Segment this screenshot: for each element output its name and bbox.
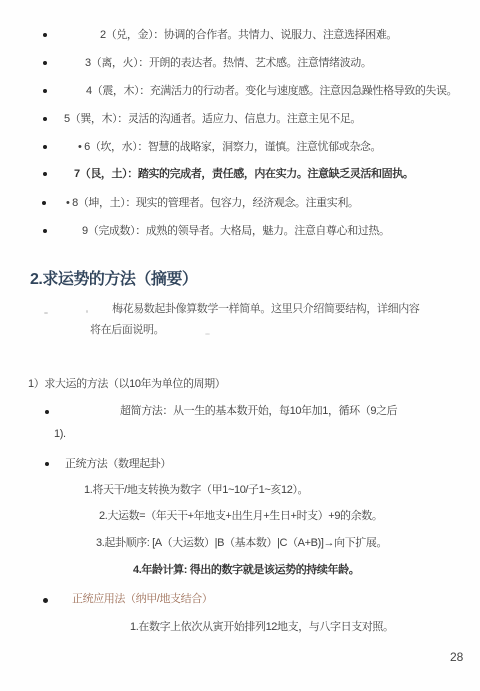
intro-paragraph-line: 将在后面说明。 xyxy=(0,323,480,337)
list-item: 3（离，火）：开朗的表达者。热情、艺术感。注意情绪波动。 xyxy=(0,56,480,70)
orthodox-step: 3.起卦顺序: [A（大运数）|B（基本数）|C（A+B)]→向下扩展。 xyxy=(0,536,480,550)
orthodox-step: 2.大运数=（年天干+年地支+出生月+生日+时支）+9的余数。 xyxy=(0,509,480,523)
subsection-title: 1）求大运的方法（以10年为单位的周期） xyxy=(0,377,480,391)
list-item: 4（震，木）：充满活力的行动者。变化与速度感。注意因急躁性格导致的失误。 xyxy=(0,84,480,98)
applied-method-title: 正统应用法（纳甲/地支结合） xyxy=(0,592,480,606)
orthodox-step: 4.年龄计算: 得出的数字就是该运势的持续年龄。 xyxy=(0,563,480,577)
simple-method-line: 超简方法：从一生的基本数开始，每10年加1，循环（9之后 xyxy=(0,404,480,418)
list-item: 5（巽，木）：灵活的沟通者。适应力、信息力。注意主见不足。 xyxy=(0,112,480,126)
simple-method-line: 1). xyxy=(0,427,480,441)
list-item: 7（艮，土）：踏实的完成者，责任感，内在实力。注意缺乏灵活和固执。 xyxy=(0,167,480,181)
list-item: • 6（坎，水）：智慧的战略家，洞察力，谨慎。注意忧郁或杂念。 xyxy=(0,140,480,154)
document-page: 2（兑，金）：协调的合作者。共情力、说服力、注意选择困难。 3（离，火）：开朗的… xyxy=(0,0,480,691)
orthodox-method-title: 正统方法（数理起卦） xyxy=(0,457,480,471)
list-item: 9（完成数）：成熟的领导者。大格局，魅力。注意自尊心和过热。 xyxy=(0,224,480,238)
intro-paragraph-line: 梅花易数起卦像算数学一样简单。这里只介绍简要结构，详细内容 xyxy=(0,302,480,316)
list-item: • 8（坤，土）：现实的管理者。包容力，经济观念。注重实利。 xyxy=(0,196,480,210)
applied-step: 1.在数字上依次从寅开始排列12地支，与八字日支对照。 xyxy=(0,620,480,634)
list-item: 2（兑，金）：协调的合作者。共情力、说服力、注意选择困难。 xyxy=(0,28,480,42)
section-heading: 2.求运势的方法（摘要） xyxy=(30,266,197,289)
orthodox-step: 1.将天干/地支转换为数字（甲1~10/子1~亥12）。 xyxy=(0,483,480,497)
page-number: 28 xyxy=(450,650,463,664)
